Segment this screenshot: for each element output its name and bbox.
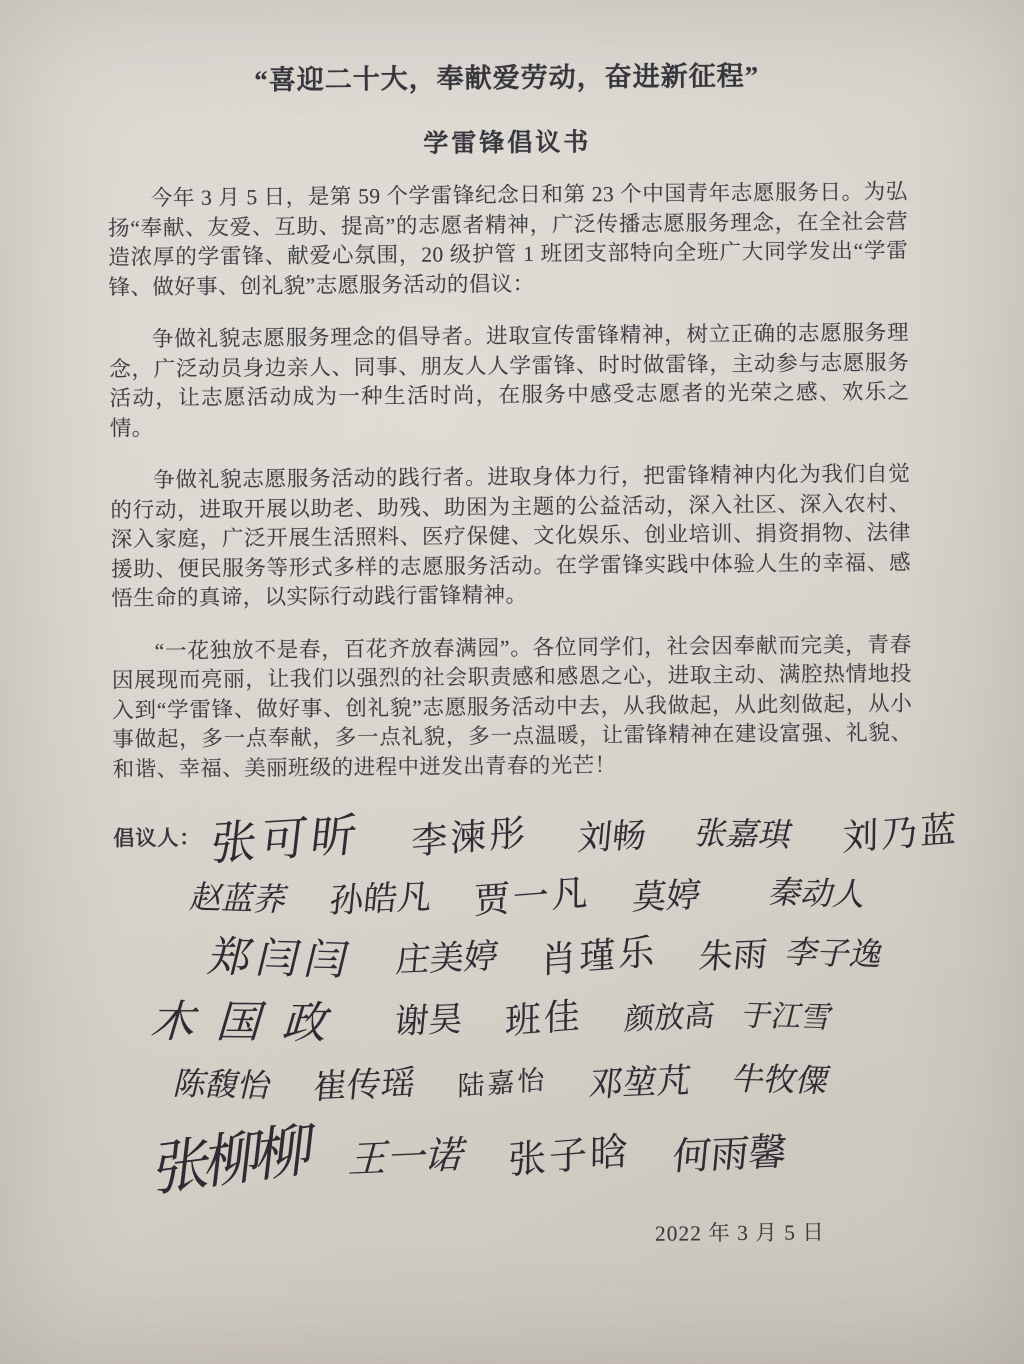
handwritten-signature: 贾一凡 bbox=[474, 864, 591, 924]
handwritten-signature: 刘畅 bbox=[576, 807, 649, 859]
handwritten-signature: 肖瑾乐 bbox=[540, 923, 657, 983]
handwritten-signature: 莫婷 bbox=[631, 867, 704, 919]
handwritten-signature: 谢昊 bbox=[393, 991, 466, 1043]
signature-row: 张柳柳王一诺张子晗何雨馨 bbox=[116, 1108, 917, 1195]
handwritten-signature: 朱雨 bbox=[697, 926, 770, 978]
handwritten-signature: 赵蓝荞 bbox=[186, 872, 293, 920]
signature-row: 陈馥怡崔传瑶陆嘉怡邓堃芃牛牧僳 bbox=[115, 1044, 916, 1115]
photographed-document: “喜迎二十大，奉献爱劳动，奋进新征程” 学雷锋倡议书 今年 3 月 5 日，是第… bbox=[0, 0, 1024, 1364]
signers-label: 倡议人： bbox=[113, 822, 201, 853]
handwritten-signature: 李湅彤 bbox=[411, 804, 528, 864]
handwritten-signature: 邓堃芃 bbox=[587, 1052, 694, 1106]
handwritten-signature: 秦动人 bbox=[765, 867, 872, 915]
signature-row: 木国政谢昊班佳颜放高于江雪 bbox=[115, 980, 916, 1051]
handwritten-signature: 张子晗 bbox=[508, 1119, 631, 1184]
handwritten-signature: 张可昕 bbox=[208, 798, 365, 874]
handwritten-signature: 崔传瑶 bbox=[311, 1054, 418, 1108]
handwritten-signature: 王一诺 bbox=[344, 1123, 473, 1184]
handwritten-signature: 张嘉琪 bbox=[691, 808, 798, 856]
signature-row: 郑闫闫庄美婷肖瑾乐朱雨李子逸 bbox=[114, 921, 914, 988]
slogan-heading: “喜迎二十大，奉献爱劳动，奋进新征程” bbox=[107, 53, 907, 99]
handwritten-signature: 庄美婷 bbox=[394, 928, 501, 982]
signatures-section: 倡议人： 张可昕李湅彤刘畅张嘉琪刘乃蓝 赵蓝荞孙皓凡贾一凡莫婷秦动人 郑闫闫庄美… bbox=[113, 801, 916, 1196]
handwritten-signature: 班佳 bbox=[505, 987, 583, 1044]
handwritten-signature: 郑闫闫 bbox=[203, 924, 361, 987]
signature-row: 倡议人： 张可昕李湅彤刘畅张嘉琪刘乃蓝 bbox=[113, 801, 913, 868]
paragraph-closing: “一花独放不是春，百花齐放春满园”。各位同学们，社会因奉献而完美，青春因展现而亮… bbox=[112, 630, 913, 784]
document-title: 学雷锋倡议书 bbox=[107, 120, 907, 163]
handwritten-signature: 牛牧僳 bbox=[728, 1054, 835, 1102]
handwritten-signature: 颜放高 bbox=[623, 991, 717, 1039]
handwritten-signature: 孙皓凡 bbox=[328, 868, 435, 922]
handwritten-signature: 陆嘉怡 bbox=[457, 1057, 547, 1103]
handwritten-signature: 木国政 bbox=[145, 985, 362, 1051]
document-content: “喜迎二十大，奉献爱劳动，奋进新征程” 学雷锋倡议书 今年 3 月 5 日，是第… bbox=[0, 0, 1024, 1364]
handwritten-signature: 陈馥怡 bbox=[170, 1058, 277, 1106]
handwritten-signature: 何雨馨 bbox=[671, 1120, 790, 1180]
paragraph-advocate: 争做礼貌志愿服务理念的倡导者。进取宣传雷锋精神，树立正确的志愿服务理念，广泛动员… bbox=[109, 319, 910, 444]
handwritten-signature: 李子逸 bbox=[782, 927, 889, 975]
handwritten-signature: 于江雪 bbox=[738, 991, 838, 1037]
handwritten-signature: 张柳柳 bbox=[150, 1101, 314, 1207]
document-date: 2022 年 3 月 5 日 bbox=[117, 1214, 917, 1252]
handwritten-signature: 刘乃蓝 bbox=[842, 800, 959, 860]
paragraph-intro: 今年 3 月 5 日，是第 59 个学雷锋纪念日和第 23 个中国青年志愿服务日… bbox=[108, 178, 909, 303]
paragraph-practitioner: 争做礼貌志愿服务活动的践行者。进取身体力行，把雷锋精神内化为我们自觉的行动，进取… bbox=[110, 460, 911, 614]
